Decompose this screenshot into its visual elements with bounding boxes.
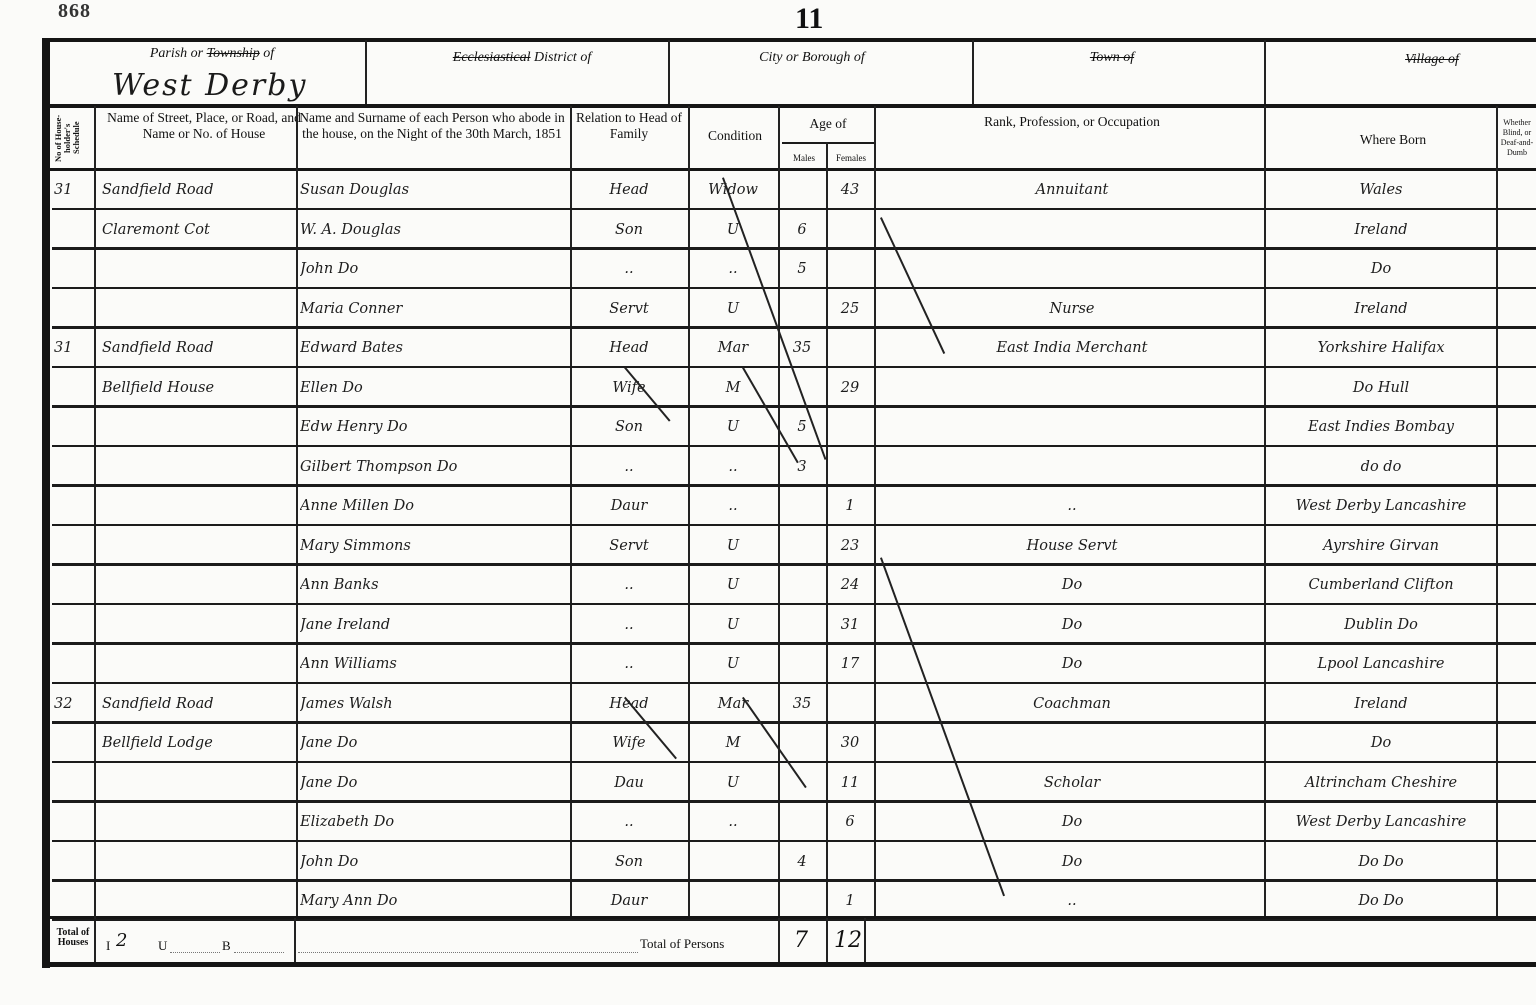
birthplace: Wales [1268, 182, 1494, 198]
total-houses-label: Total of Houses [54, 928, 92, 948]
bottom-rule [42, 962, 1536, 967]
row-rule [52, 603, 1536, 606]
top-rule [42, 38, 1536, 42]
occupation: .. [882, 893, 1262, 909]
birthplace: Do Do [1268, 854, 1494, 870]
col-divider [874, 106, 876, 916]
total-persons-label: Total of Persons [640, 936, 724, 952]
divider [668, 40, 670, 104]
person-name: Susan Douglas [300, 182, 568, 198]
location-rule [42, 104, 1536, 108]
row-rule [52, 840, 1536, 843]
row-rule [52, 919, 1536, 922]
marital-condition: .. [690, 261, 776, 277]
row-rule [52, 682, 1536, 685]
town-struck-label: Town of [1042, 50, 1182, 66]
col-divider [778, 918, 780, 962]
marital-condition: .. [690, 498, 776, 514]
row-rule [52, 761, 1536, 764]
male-age: 5 [780, 419, 824, 435]
col-divider [94, 106, 96, 962]
occupation: Annuitant [882, 182, 1262, 198]
male-age: 5 [780, 261, 824, 277]
female-age: 23 [828, 538, 872, 554]
col-schedule-header: No of House-holder's Schedule [54, 112, 92, 164]
person-name: Gilbert Thompson Do [300, 459, 568, 475]
col-relation-header: Relation to Head of Family [570, 110, 688, 142]
marital-condition: Widow [690, 182, 776, 198]
relation-to-head: .. [572, 814, 686, 830]
occupation: Nurse [882, 301, 1262, 317]
col-divider [826, 918, 828, 962]
person-name: James Walsh [300, 696, 568, 712]
row-rule [52, 287, 1536, 290]
relation-to-head: .. [572, 577, 686, 593]
col-condition-header: Condition [692, 128, 778, 144]
relation-to-head: Servt [572, 538, 686, 554]
marital-condition: U [690, 301, 776, 317]
row-rule [52, 405, 1536, 408]
ecclesiastical-field: Ecclesiastical District of [382, 50, 662, 66]
page-number: 11 [795, 2, 823, 36]
row-rule [52, 721, 1536, 724]
divider [972, 40, 974, 104]
street-address: Bellfield Lodge [102, 735, 294, 751]
birthplace: Lpool Lancashire [1268, 656, 1494, 672]
enumerator-tally-mark [722, 177, 826, 460]
occupation: Scholar [882, 775, 1262, 791]
relation-to-head: Dau [572, 775, 686, 791]
divider [365, 40, 367, 104]
ecclesiastical-struck-label: Ecclesiastical [453, 50, 531, 65]
marital-condition: U [690, 775, 776, 791]
village-struck-label: Village of [1372, 52, 1492, 68]
census-sheet: Parish or Township of West Derby Ecclesi… [42, 38, 1536, 968]
relation-to-head: .. [572, 656, 686, 672]
row-rule [52, 445, 1536, 448]
col-occupation-header: Rank, Profession, or Occupation [942, 114, 1202, 130]
female-age: 6 [828, 814, 872, 830]
relation-to-head: Servt [572, 301, 686, 317]
row-rule [52, 642, 1536, 645]
age-divider [782, 142, 874, 144]
row-rule [52, 563, 1536, 566]
header-rule [42, 168, 1536, 171]
schedule-number: 32 [54, 696, 92, 712]
street-address: Bellfield House [102, 380, 294, 396]
birthplace: Dublin Do [1268, 617, 1494, 633]
col-name-header: Name and Surname of each Person who abod… [296, 110, 568, 142]
birthplace: do do [1268, 459, 1494, 475]
inhabited-total: 2 [116, 930, 127, 951]
male-age: 3 [780, 459, 824, 475]
female-age: 29 [828, 380, 872, 396]
marital-condition: U [690, 577, 776, 593]
birthplace: Do Hull [1268, 380, 1494, 396]
males-total: 7 [794, 928, 808, 953]
inhabited-prefix: I [106, 938, 110, 954]
row-rule [52, 879, 1536, 882]
birthplace: West Derby Lancashire [1268, 814, 1494, 830]
marital-condition: U [690, 617, 776, 633]
occupation: Do [882, 814, 1262, 830]
leader-dots [298, 952, 638, 953]
marital-condition: Mar [690, 340, 776, 356]
uninhabited-blank [170, 952, 220, 953]
female-age: 25 [828, 301, 872, 317]
street-address: Claremont Cot [102, 222, 294, 238]
occupation: Coachman [882, 696, 1262, 712]
relation-to-head: .. [572, 617, 686, 633]
street-address: Sandfield Road [102, 340, 294, 356]
person-name: Anne Millen Do [300, 498, 568, 514]
person-name: John Do [300, 261, 568, 277]
district-label: District of [531, 50, 592, 65]
left-border [42, 38, 50, 968]
person-name: Jane Do [300, 775, 568, 791]
marital-condition: .. [690, 814, 776, 830]
relation-to-head: Head [572, 340, 686, 356]
schedule-number: 31 [54, 340, 92, 356]
birthplace: Ayrshire Girvan [1268, 538, 1494, 554]
marital-condition: U [690, 656, 776, 672]
row-rule [52, 800, 1536, 803]
birthplace: Cumberland Clifton [1268, 577, 1494, 593]
female-age: 1 [828, 498, 872, 514]
occupation: Do [882, 854, 1262, 870]
relation-to-head: Daur [572, 893, 686, 909]
female-age: 30 [828, 735, 872, 751]
male-age: 35 [780, 696, 824, 712]
enumerator-tally-mark [880, 557, 1005, 896]
marital-condition: M [690, 735, 776, 751]
row-rule [52, 247, 1536, 250]
female-age: 1 [828, 893, 872, 909]
relation-to-head: Daur [572, 498, 686, 514]
row-rule [52, 326, 1536, 329]
parish-label: Parish or [150, 46, 207, 61]
col-divider [1264, 106, 1266, 916]
person-name: Ann Williams [300, 656, 568, 672]
person-name: Mary Ann Do [300, 893, 568, 909]
female-age: 24 [828, 577, 872, 593]
females-total: 12 [834, 928, 862, 953]
city-field: City or Borough of [682, 50, 942, 66]
birthplace: Do [1268, 735, 1494, 751]
col-males-header: Males [782, 153, 826, 163]
building-prefix: B [222, 938, 231, 954]
birthplace: Ireland [1268, 696, 1494, 712]
relation-to-head: .. [572, 459, 686, 475]
birthplace: Ireland [1268, 301, 1494, 317]
male-age: 6 [780, 222, 824, 238]
col-divider [294, 918, 296, 962]
occupation: Do [882, 577, 1262, 593]
uninhabited-prefix: U [158, 938, 167, 954]
col-divider [864, 918, 866, 962]
marital-condition: U [690, 222, 776, 238]
marital-condition: M [690, 380, 776, 396]
schedule-number: 31 [54, 182, 92, 198]
occupation: House Servt [882, 538, 1262, 554]
street-address: Sandfield Road [102, 696, 294, 712]
col-street-header: Name of Street, Place, or Road, and Name… [106, 110, 302, 142]
birthplace: Do Do [1268, 893, 1494, 909]
col-females-header: Females [828, 153, 874, 163]
parish-label-suffix: of [260, 46, 274, 61]
birthplace: Do [1268, 261, 1494, 277]
birthplace: Yorkshire Halifax [1268, 340, 1494, 356]
parish-value: West Derby [112, 68, 307, 103]
relation-to-head: Wife [572, 380, 686, 396]
person-name: Jane Ireland [300, 617, 568, 633]
person-name: Maria Conner [300, 301, 568, 317]
row-rule [52, 366, 1536, 369]
row-rule [52, 524, 1536, 527]
marital-condition: .. [690, 459, 776, 475]
col-infirm-header: Whether Blind, or Deaf-and-Dumb [1498, 118, 1536, 158]
female-age: 31 [828, 617, 872, 633]
female-age: 11 [828, 775, 872, 791]
archive-stamp: 868 [58, 0, 91, 23]
male-age: 4 [780, 854, 824, 870]
female-age: 17 [828, 656, 872, 672]
col-divider [296, 106, 298, 916]
col-divider [1496, 106, 1498, 916]
relation-to-head: .. [572, 261, 686, 277]
person-name: Ann Banks [300, 577, 568, 593]
relation-to-head: Son [572, 222, 686, 238]
person-name: Elizabeth Do [300, 814, 568, 830]
birthplace: Ireland [1268, 222, 1494, 238]
occupation: .. [882, 498, 1262, 514]
township-struck-label: Township [207, 46, 260, 61]
person-name: Edward Bates [300, 340, 568, 356]
marital-condition: U [690, 538, 776, 554]
birthplace: West Derby Lancashire [1268, 498, 1494, 514]
birthplace: East Indies Bombay [1268, 419, 1494, 435]
row-rule [52, 208, 1536, 211]
occupation: Do [882, 656, 1262, 672]
col-born-header: Where Born [1268, 132, 1518, 148]
building-blank [234, 952, 284, 953]
person-name: John Do [300, 854, 568, 870]
person-name: Mary Simmons [300, 538, 568, 554]
birthplace: Altrincham Cheshire [1268, 775, 1494, 791]
row-rule [52, 484, 1536, 487]
relation-to-head: Head [572, 182, 686, 198]
person-name: Jane Do [300, 735, 568, 751]
street-address: Sandfield Road [102, 182, 294, 198]
person-name: Edw Henry Do [300, 419, 568, 435]
divider [1264, 40, 1266, 104]
relation-to-head: Son [572, 854, 686, 870]
col-age-header: Age of [780, 116, 876, 132]
female-age: 43 [828, 182, 872, 198]
marital-condition: U [690, 419, 776, 435]
person-name: W. A. Douglas [300, 222, 568, 238]
person-name: Ellen Do [300, 380, 568, 396]
marital-condition: Mar [690, 696, 776, 712]
occupation: Do [882, 617, 1262, 633]
